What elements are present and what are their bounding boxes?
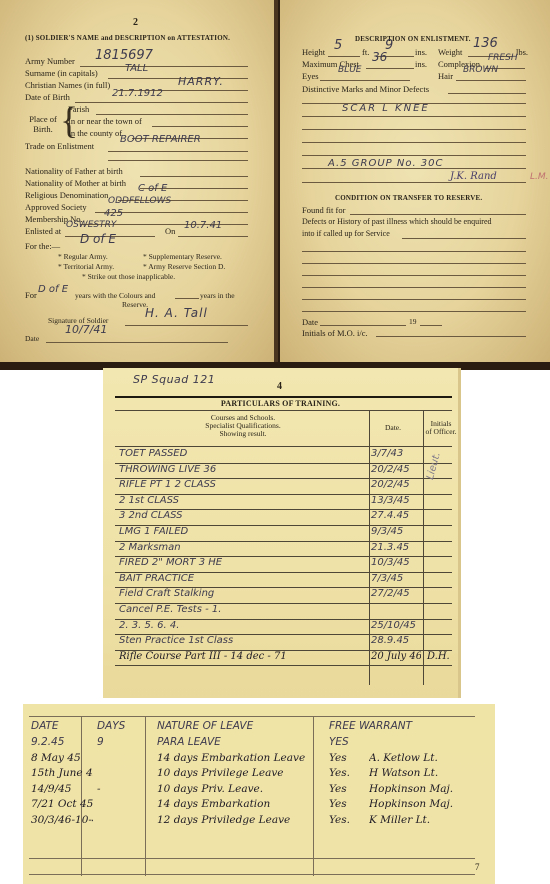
trade-value: BOOT REPAIRER — [120, 134, 201, 145]
weight-label: Weight — [438, 47, 462, 57]
training-course: BAIT PRACTICE — [119, 573, 369, 584]
training-date: 27/2/45 — [371, 588, 421, 599]
attestation-page: 2 (1) SOLDIER'S NAME and DESCRIPTION on … — [0, 0, 278, 362]
training-course: Rifle Course Part III - 14 dec - 71 — [119, 651, 369, 662]
leave-header: DATE DAYS NATURE OF LEAVE FREE WARRANT — [29, 720, 485, 735]
approved-society-value: ODDFELLOWS — [108, 196, 171, 207]
training-row: 2 Marksman21.3.45 — [115, 542, 452, 557]
enlisted-on-value: 10.7.41 — [184, 220, 222, 231]
training-course: 3 2nd CLASS — [119, 510, 369, 521]
parish-label: Parish — [68, 104, 89, 114]
leave-officer-signature: K Miller Lt. — [369, 814, 499, 826]
leave-nature: 10 days Priv. Leave. — [157, 783, 322, 795]
membership-value: 425 — [104, 208, 123, 219]
training-row: Sten Practice 1st Class28.9.45 — [115, 635, 452, 650]
col-officer-header: Initials of Officer. — [421, 420, 461, 436]
option-army-reserve: * Army Reserve Section D. — [143, 262, 225, 272]
nationality-father-label: Nationality of Father at birth — [25, 166, 123, 176]
chest-unit: ins. — [415, 59, 427, 69]
group-signature: J.K. Rand — [450, 171, 497, 182]
training-course: RIFLE PT 1 2 CLASS — [119, 479, 369, 490]
col-days-header: DAYS — [97, 720, 147, 732]
leave-row: 14/9/45-10 days Priv. Leave.YesHopkinson… — [29, 783, 485, 798]
transfer-title: CONDITION ON TRANSFER TO RESERVE. — [335, 194, 482, 202]
leave-date: 15th June 45 — [31, 767, 93, 779]
leave-nature: 12 days Priviledge Leave — [157, 814, 322, 826]
enlisted-at-value: OSWESTRY — [66, 220, 116, 231]
leave-page: DATE DAYS NATURE OF LEAVE FREE WARRANT 9… — [23, 704, 495, 884]
squad-annotation: SP Squad 121 — [133, 374, 215, 385]
training-course: TOET PASSED — [119, 448, 369, 459]
description-page: DESCRIPTION ON ENLISTMENT. Height 5 ft. … — [280, 0, 550, 362]
leave-date: 9.2.45 — [31, 736, 93, 748]
leave-warrant: Yes — [329, 798, 369, 810]
leave-row: 9.2.459PARA LEAVEYES — [29, 736, 485, 751]
margin-note: L.M. — [530, 172, 549, 183]
section-title: (1) SOLDIER'S NAME and DESCRIPTION on AT… — [25, 34, 230, 42]
christian-names-label: Christian Names (in full) — [25, 80, 110, 90]
training-date: 27.4.45 — [371, 510, 421, 521]
leave-nature: PARA LEAVE — [157, 736, 322, 748]
eyes-label: Eyes — [302, 71, 319, 81]
training-title: PARTICULARS OF TRAINING. — [103, 399, 458, 408]
training-row: 3 2nd CLASS27.4.45 — [115, 510, 452, 525]
christian-names-value: HARRY. — [178, 76, 224, 87]
surname-label: Surname (in capitals) — [25, 68, 98, 78]
leave-row: 8 May 4514 days Embarkation LeaveYesA. K… — [29, 752, 485, 767]
eyes-value: BLUE — [338, 65, 361, 76]
leave-row: 7/21 Oct 4514 days EmbarkationYesHopkins… — [29, 798, 485, 813]
weight-value: 136 — [473, 38, 498, 49]
training-course: 2 Marksman — [119, 542, 369, 553]
dob-value: 21.7.1912 — [112, 88, 163, 99]
leave-date: 7/21 Oct 45 — [31, 798, 93, 810]
service-colours-value: D of E — [38, 284, 68, 295]
leave-warrant: YES — [329, 736, 369, 748]
training-date: 7/3/45 — [371, 573, 421, 584]
training-row: FIRED 2" MORT 3 HE10/3/45 — [115, 557, 452, 572]
leave-row: 15th June 4510 days Privilege LeaveYes.H… — [29, 767, 485, 782]
option-territorial-army: * Territorial Army. — [58, 262, 114, 272]
leave-date: 14/9/45 — [31, 783, 93, 795]
training-date: 25/10/45 — [371, 620, 421, 631]
county-label: In the county of — [68, 128, 122, 138]
training-row: LMG 1 FAILED9/3/45 — [115, 526, 452, 541]
service-suffix: years in the — [200, 291, 235, 301]
training-course: THROWING LIVE 36 — [119, 464, 369, 475]
army-number-value: 1815697 — [95, 50, 153, 61]
training-date: 20/2/45 — [371, 479, 421, 490]
training-row: Rifle Course Part III - 14 dec - 7120 Ju… — [115, 651, 452, 666]
training-row: TOET PASSED3/7/43 — [115, 448, 452, 463]
approved-society-label: Approved Society — [25, 202, 87, 212]
training-row: Cancel P.E. Tests - 1. — [115, 604, 452, 619]
training-date: 20/2/45 — [371, 464, 421, 475]
option-supplementary-reserve: * Supplementary Reserve. — [143, 252, 222, 262]
leave-officer-signature: Hopkinson Maj. — [369, 798, 499, 810]
leave-nature: 10 days Privilege Leave — [157, 767, 322, 779]
training-page: SP Squad 121 4 PARTICULARS OF TRAINING. … — [103, 368, 461, 698]
marks-label: Distinctive Marks and Minor Defects — [302, 84, 429, 94]
hair-label: Hair — [438, 71, 453, 81]
chest-value: 36 — [372, 52, 387, 63]
page-number: 2 — [133, 17, 138, 28]
date-value: 10/7/41 — [65, 324, 107, 335]
town-label: In or near the town of — [68, 116, 142, 126]
leave-date: 8 May 45 — [31, 752, 93, 764]
leave-row: 30/3/46-10-4-46.12 days Priviledge Leave… — [29, 814, 485, 829]
col-nature-header: NATURE OF LEAVE — [157, 720, 322, 732]
height-label: Height — [302, 47, 325, 57]
for-the-label: For the:— — [25, 241, 60, 251]
height-ft-value: 5 — [334, 40, 342, 51]
enlisted-at-label: Enlisted at — [25, 226, 61, 236]
training-course: 2. 3. 5. 6. 4. — [119, 620, 369, 631]
training-initials: D.H. — [427, 651, 467, 662]
training-row: RIFLE PT 1 2 CLASS20/2/45 — [115, 479, 452, 494]
height-ins-unit: ins. — [415, 47, 427, 57]
leave-warrant: Yes. — [329, 814, 369, 826]
training-course: Cancel P.E. Tests - 1. — [119, 604, 369, 615]
option-regular-army: * Regular Army. — [58, 252, 108, 262]
page-number: 7 — [475, 862, 480, 873]
service-prefix: For — [25, 290, 37, 300]
religion-value: C of E — [138, 183, 167, 194]
training-course: LMG 1 FAILED — [119, 526, 369, 537]
training-course: Field Craft Stalking — [119, 588, 369, 599]
place-of-birth-label: Place of Birth. — [25, 114, 61, 134]
training-course: FIRED 2" MORT 3 HE — [119, 557, 369, 568]
leave-date: 30/3/46-10-4-46. — [31, 814, 93, 826]
marks-value: SCAR L KNEE — [342, 103, 430, 114]
leave-days: - — [97, 783, 147, 795]
signature-value: H. A. Tall — [145, 308, 208, 319]
hair-value: BROWN — [463, 65, 498, 76]
training-course: 2 1st CLASS — [119, 495, 369, 506]
training-row: BAIT PRACTICE7/3/45 — [115, 573, 452, 588]
training-row: 2 1st CLASS13/3/45 — [115, 495, 452, 510]
leave-officer-signature: Hopkinson Maj. — [369, 783, 499, 795]
mo-initials-label: Initials of M.O. i/c. — [302, 328, 368, 338]
col-date-header: DATE — [31, 720, 93, 732]
strike-note: * Strike out those inapplicable. — [82, 272, 175, 282]
col-date-header: Date. — [367, 424, 419, 432]
leave-days: 9 — [97, 736, 147, 748]
complexion-value: FRESH — [488, 53, 518, 64]
training-date: 20 July 46 — [371, 651, 421, 662]
training-row: THROWING LIVE 3620/2/45 — [115, 464, 452, 479]
army-number-label: Army Number — [25, 56, 75, 66]
defects-label-1: Defects or History of past illness which… — [302, 217, 492, 227]
training-course: Sten Practice 1st Class — [119, 635, 369, 646]
training-date: 10/3/45 — [371, 557, 421, 568]
page-number: 4 — [277, 381, 282, 392]
col-course-header: Courses and Schools. Specialist Qualific… — [123, 414, 363, 438]
nationality-mother-label: Nationality of Mother at birth — [25, 178, 126, 188]
leave-warrant: Yes — [329, 783, 369, 795]
training-date: 13/3/45 — [371, 495, 421, 506]
leave-officer-signature: H Watson Lt. — [369, 767, 499, 779]
trade-label: Trade on Enlistment — [25, 141, 94, 151]
paybook-spread: 2 (1) SOLDIER'S NAME and DESCRIPTION on … — [0, 0, 550, 370]
leave-warrant: Yes — [329, 752, 369, 764]
date-label: Date — [25, 334, 39, 344]
section-title: DESCRIPTION ON ENLISTMENT. — [355, 35, 471, 43]
date-year-prefix: 19 — [409, 317, 417, 327]
leave-nature: 14 days Embarkation Leave — [157, 752, 322, 764]
training-date: 28.9.45 — [371, 635, 421, 646]
defects-label-2: into if called up for Service — [302, 229, 390, 239]
found-fit-label: Found fit for — [302, 205, 345, 215]
training-row: 2. 3. 5. 6. 4.25/10/45 — [115, 620, 452, 635]
enlisted-on-label: On — [165, 226, 175, 236]
leave-warrant: Yes. — [329, 767, 369, 779]
height-ft-unit: ft. — [362, 47, 369, 57]
for-the-value: D of E — [80, 234, 116, 245]
surname-value: TALL — [125, 63, 148, 74]
leave-officer-signature: A. Ketlow Lt. — [369, 752, 499, 764]
training-date: 21.3.45 — [371, 542, 421, 553]
leave-nature: 14 days Embarkation — [157, 798, 322, 810]
training-row: Field Craft Stalking27/2/45 — [115, 588, 452, 603]
col-warrant-header: FREE WARRANT — [329, 720, 489, 732]
training-date: 3/7/43 — [371, 448, 421, 459]
training-date: 9/3/45 — [371, 526, 421, 537]
religion-label: Religious Denomination — [25, 190, 108, 200]
date-label: Date — [302, 317, 318, 327]
